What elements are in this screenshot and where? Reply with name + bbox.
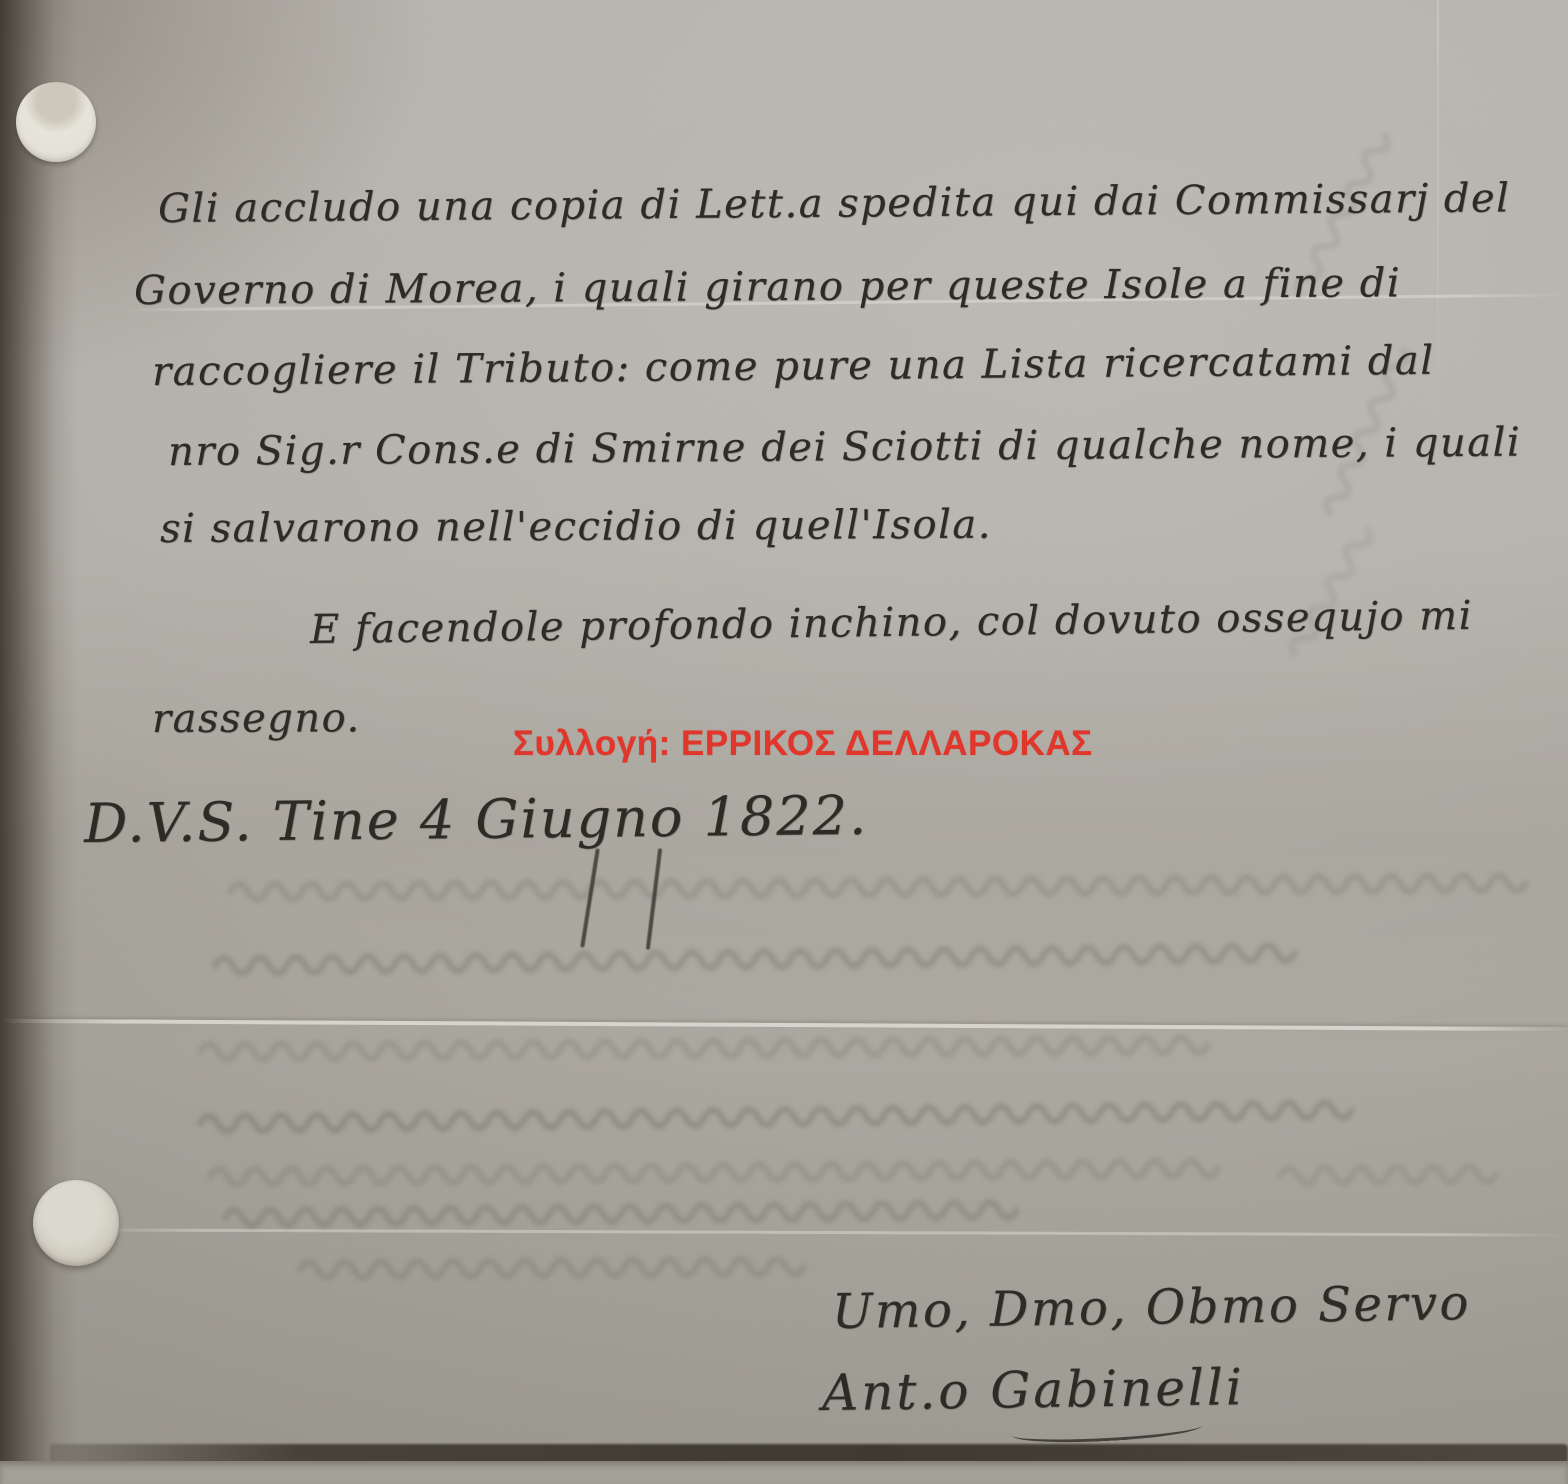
manuscript-letter-photo: Gli accludo una copia di Lett.a spedita … bbox=[0, 0, 1568, 1484]
signature-salutation: Umo, Dmo, Obmo Servo bbox=[832, 1275, 1472, 1340]
collection-watermark: Συλλογή: ΕΡΡΙΚΟΣ ΔΕΛΛΑΡΟΚΑΣ bbox=[513, 724, 1093, 764]
hole-punch bbox=[16, 82, 96, 162]
signature-name: Ant.o Gabinelli bbox=[822, 1358, 1246, 1422]
letter-dateline: D.V.S. Tine 4 Giugno 1822. bbox=[84, 784, 869, 855]
letter-line-5: si salvarono nell'eccidio di quell'Isola… bbox=[160, 502, 992, 552]
letter-closing-line-2: rassegno. bbox=[152, 695, 361, 742]
hole-punch bbox=[33, 1180, 119, 1266]
letter-line-2: Governo di Morea, i quali girano per que… bbox=[134, 260, 1401, 314]
letter-line-4: nro Sig.r Cons.e di Smirne dei Sciotti d… bbox=[168, 420, 1521, 475]
